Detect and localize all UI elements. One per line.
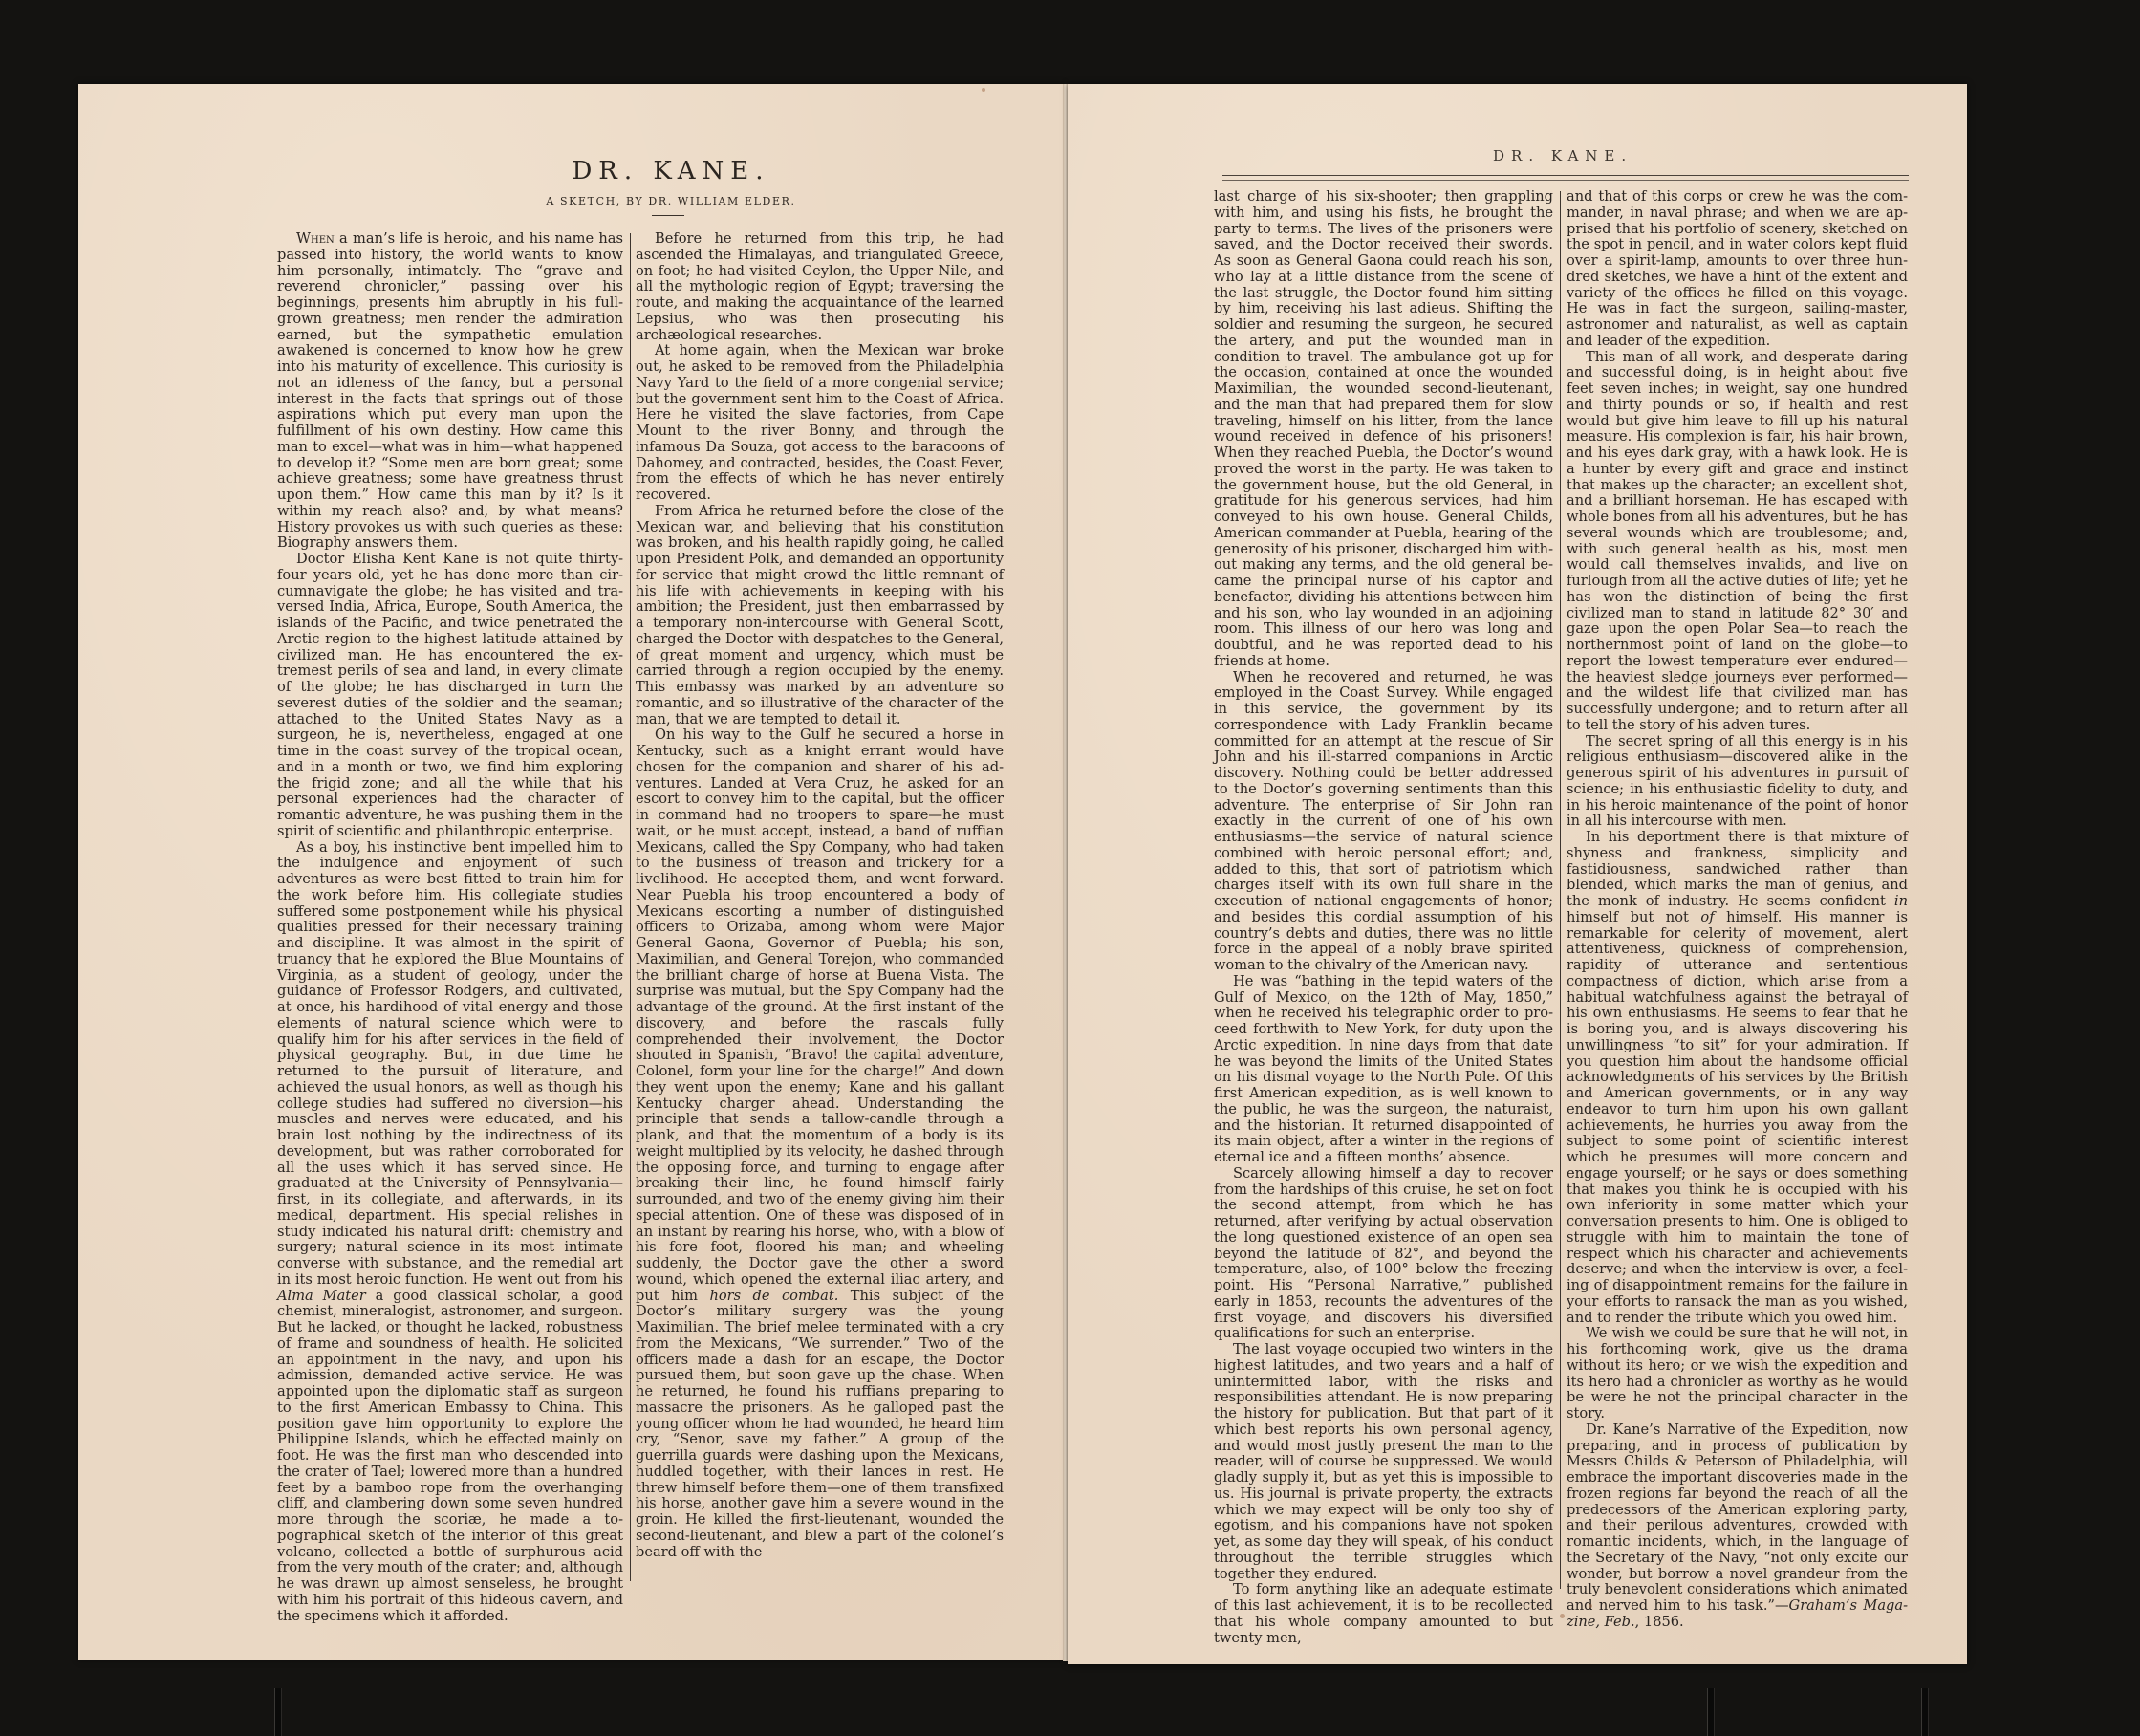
paragraph: He was “bathing in the tepid waters of t… <box>1214 974 1553 1166</box>
foxing-spot <box>1589 1604 1592 1608</box>
paragraph: Doctor Elisha Kent Kane is not quite thi… <box>277 552 623 840</box>
left-page-column-1: When a man’s life is heroic, and his nam… <box>277 231 623 1624</box>
paragraph: To form anything like an adequate estima… <box>1214 1582 1553 1646</box>
left-page: DR. KANE. A SKETCH, BY DR. WILLIAM ELDER… <box>78 84 1063 1660</box>
paragraph: When a man’s life is heroic, and his nam… <box>277 231 623 552</box>
paragraph: Dr. Kane’s Narrative of the Expedition, … <box>1567 1422 1908 1631</box>
paragraph: This man of all work, and desperate dari… <box>1567 350 1908 734</box>
paragraph: On his way to the Gulf he secured a hors… <box>636 727 1004 1560</box>
paragraph: When he recovered and returned, he was e… <box>1214 670 1553 974</box>
paragraph: Before he returned from this trip, he ha… <box>636 231 1004 343</box>
frame-slot <box>1921 1688 1929 1736</box>
right-page-column-2: and that of this corps or crew he was th… <box>1567 189 1908 1631</box>
foxing-spot <box>982 88 985 92</box>
left-page-column-2: Before he returned from this trip, he ha… <box>636 231 1004 1560</box>
column-divider <box>630 233 631 1581</box>
paragraph: As a boy, his instinctive bent impelled … <box>277 840 623 1625</box>
paragraph: At home again, when the Mexican war brok… <box>636 343 1004 504</box>
frame-slot <box>1707 1688 1715 1736</box>
right-page: DR. KANE. last charge of his six-shooter… <box>1068 84 1967 1664</box>
paragraph: last charge of his six-shooter; then gra… <box>1214 189 1553 670</box>
running-header: DR. KANE. <box>1493 147 1684 164</box>
paragraph: In his deportment there is that mixture … <box>1567 830 1908 1326</box>
paragraph: and that of this corps or crew he was th… <box>1567 189 1908 350</box>
article-title: DR. KANE. <box>528 157 814 185</box>
header-rule <box>1222 175 1909 181</box>
foxing-spot <box>1560 1614 1565 1618</box>
paragraph: The secret spring of all this energy is … <box>1567 734 1908 831</box>
paragraph: We wish we could be sure that he will no… <box>1567 1326 1908 1422</box>
article-byline: A SKETCH, BY DR. WILLIAM ELDER. <box>432 195 910 207</box>
paragraph: The last voyage occupied two winters in … <box>1214 1342 1553 1582</box>
frame-slot <box>274 1688 282 1736</box>
column-divider <box>1560 191 1561 1589</box>
right-page-column-1: last charge of his six-shooter; then gra… <box>1214 189 1553 1646</box>
paragraph: Scarcely allowing himself a day to recov… <box>1214 1166 1553 1342</box>
paragraph: From Africa he returned before the close… <box>636 504 1004 728</box>
title-rule <box>652 215 684 216</box>
